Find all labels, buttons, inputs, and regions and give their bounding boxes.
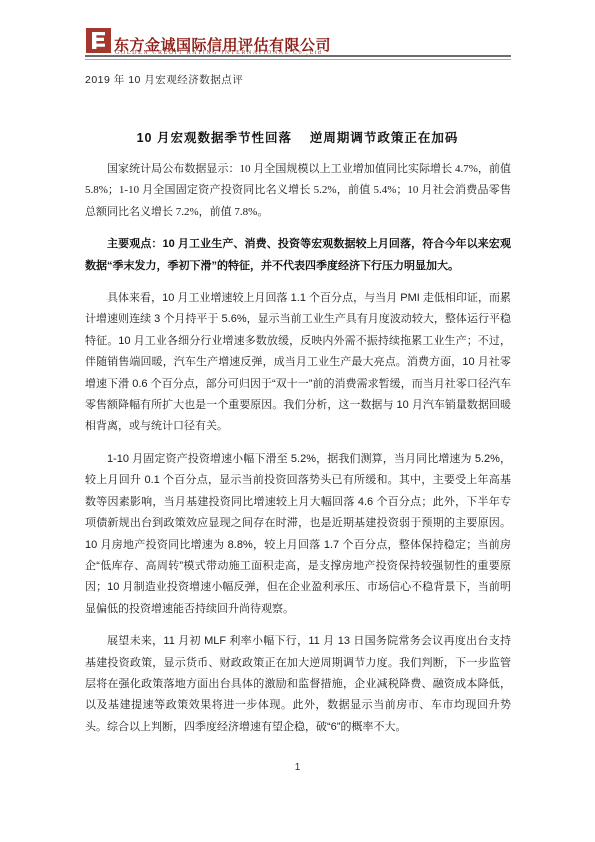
- report-title: 10 月宏观数据季节性回落 逆周期调节政策正在加码: [0, 128, 595, 146]
- page-number: 1: [0, 762, 595, 773]
- report-series-label: 2019 年 10 月宏观经济数据点评: [85, 72, 243, 87]
- document-page: 东方金诚国际信用评估有限公司 GOLDEN CREDIT RATING INTE…: [0, 0, 595, 842]
- paragraph-outlook: 展望未来，11 月初 MLF 利率小幅下行，11 月 13 日国务院常务会议再度…: [85, 631, 511, 738]
- paragraph-detail-analysis: 具体来看，10 月工业增速较上月回落 1.1 个百分点，与当月 PMI 走低相印…: [85, 288, 511, 438]
- paragraph-investment-analysis: 1-10 月固定资产投资增速小幅下滑至 5.2%，据我们测算，当月同比增速为 5…: [85, 449, 511, 620]
- paragraph-data-release: 国家统计局公布数据显示：10 月全国规模以上工业增加值同比实际增长 4.7%，前…: [85, 159, 511, 223]
- report-body: 国家统计局公布数据显示：10 月全国规模以上工业增加值同比实际增长 4.7%，前…: [85, 159, 511, 749]
- paragraph-main-view: 主要观点：10 月工业生产、消费、投资等宏观数据较上月回落，符合今年以来宏观数据…: [85, 234, 511, 277]
- company-logo-icon: [86, 28, 111, 53]
- header-divider: [85, 55, 511, 60]
